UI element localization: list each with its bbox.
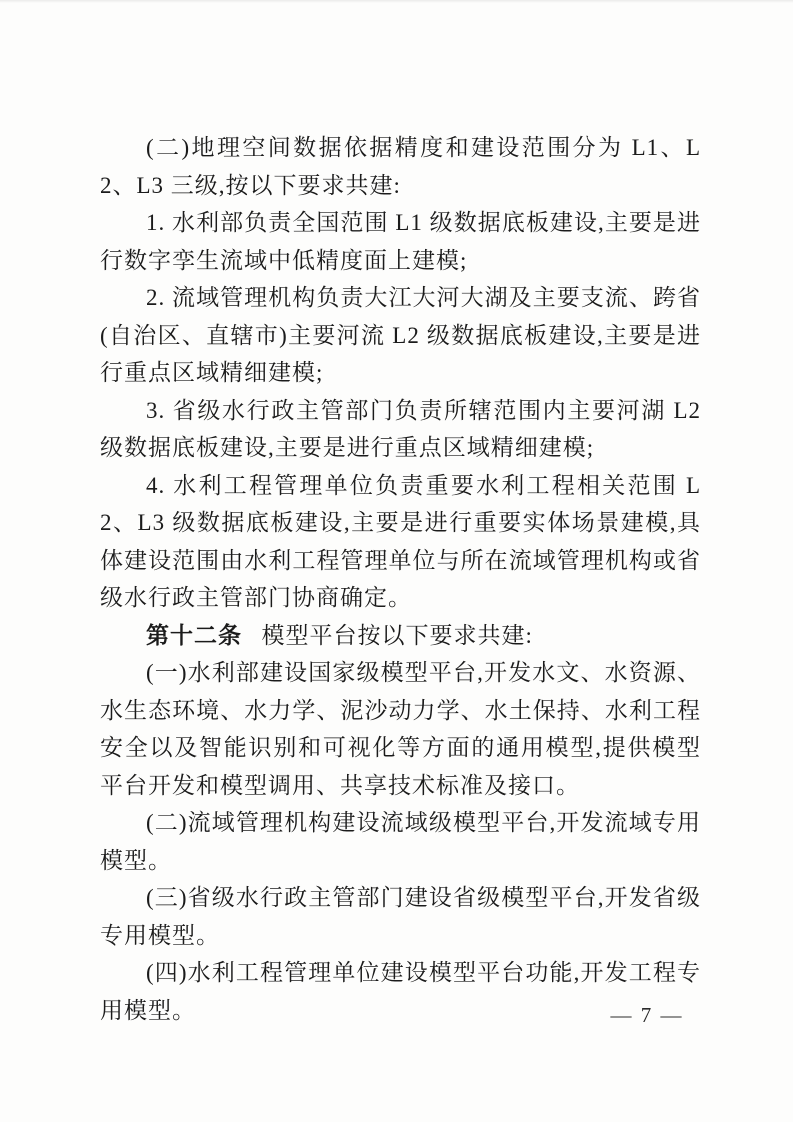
paragraph-text: 1. 水利部负责全国范围 L1 级数据底板建设,主要是进行数字孪生流域中低精度面… xyxy=(100,210,701,273)
paragraph-text: (二)地理空间数据依据精度和建设范围分为 L1、L2、L3 三级,按以下要求共建… xyxy=(100,135,701,198)
paragraph: (二)地理空间数据依据精度和建设范围分为 L1、L2、L3 三级,按以下要求共建… xyxy=(100,129,701,204)
paragraph: 1. 水利部负责全国范围 L1 级数据底板建设,主要是进行数字孪生流域中低精度面… xyxy=(100,204,701,279)
scan-edge-artifact xyxy=(0,0,793,3)
paragraph: 4. 水利工程管理单位负责重要水利工程相关范围 L2、L3 级数据底板建设,主要… xyxy=(100,467,701,617)
article-number-bold: 第十二条 xyxy=(146,622,242,648)
paragraph: (三)省级水行政主管部门建设省级模型平台,开发省级专用模型。 xyxy=(100,879,701,954)
paragraph-text: (三)省级水行政主管部门建设省级模型平台,开发省级专用模型。 xyxy=(100,885,701,948)
paragraph: 3. 省级水行政主管部门负责所辖范围内主要河湖 L2 级数据底板建设,主要是进行… xyxy=(100,392,701,467)
page-footer: — 7 — xyxy=(597,1000,697,1030)
paragraph-text: 2. 流域管理机构负责大江大河大湖及主要支流、跨省(自治区、直辖市)主要河流 L… xyxy=(100,285,701,385)
document-body: (二)地理空间数据依据精度和建设范围分为 L1、L2、L3 三级,按以下要求共建… xyxy=(100,129,701,1029)
paragraph-text: 模型平台按以下要求共建: xyxy=(262,623,533,648)
paragraph-text: (二)流域管理机构建设流域级模型平台,开发流域专用模型。 xyxy=(100,810,701,873)
paragraph-text: (一)水利部建设国家级模型平台,开发水文、水资源、水生态环境、水力学、泥沙动力学… xyxy=(100,660,701,798)
paragraph: (二)流域管理机构建设流域级模型平台,开发流域专用模型。 xyxy=(100,804,701,879)
paragraph-text: 4. 水利工程管理单位负责重要水利工程相关范围 L2、L3 级数据底板建设,主要… xyxy=(100,473,701,611)
paragraph-text: 3. 省级水行政主管部门负责所辖范围内主要河湖 L2 级数据底板建设,主要是进行… xyxy=(100,398,701,461)
paragraph: (一)水利部建设国家级模型平台,开发水文、水资源、水生态环境、水力学、泥沙动力学… xyxy=(100,654,701,804)
paragraph: 第十二条模型平台按以下要求共建: xyxy=(100,617,701,655)
paragraph: 2. 流域管理机构负责大江大河大湖及主要支流、跨省(自治区、直辖市)主要河流 L… xyxy=(100,279,701,392)
document-page: (二)地理空间数据依据精度和建设范围分为 L1、L2、L3 三级,按以下要求共建… xyxy=(0,0,793,1122)
page-number: — 7 — xyxy=(611,1003,684,1027)
